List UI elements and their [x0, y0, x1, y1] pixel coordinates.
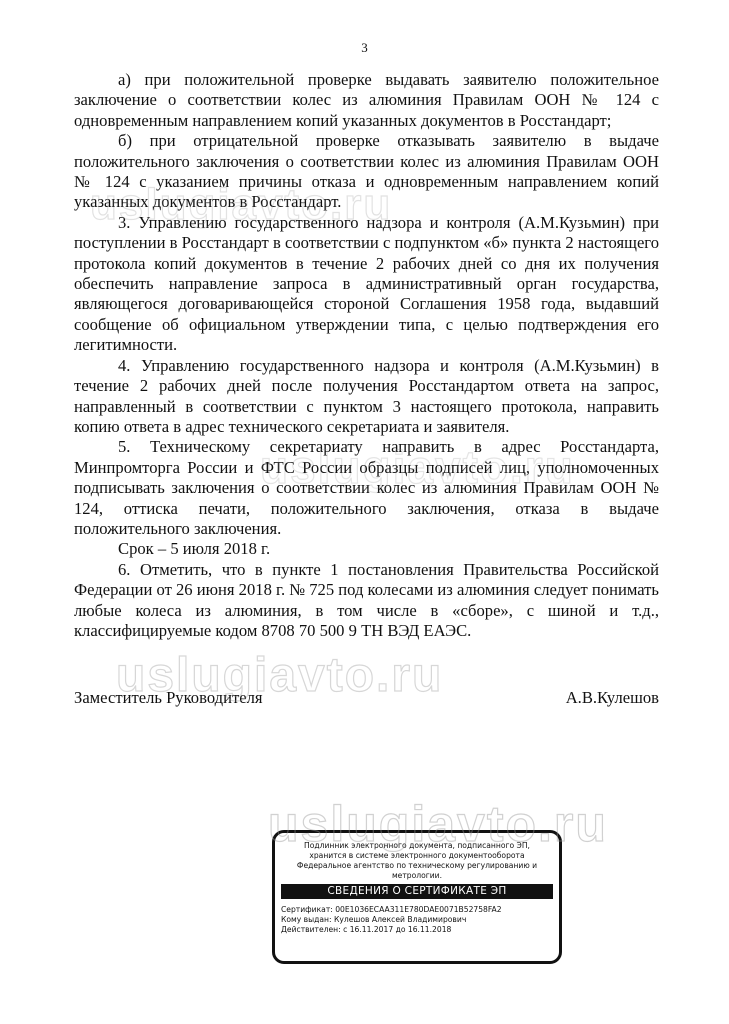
signatory-name: А.В.Кулешов — [566, 688, 659, 708]
paragraph-6: 6. Отметить, что в пункте 1 постановлени… — [74, 560, 659, 642]
signatory-position: Заместитель Руководителя — [74, 688, 263, 708]
certificate-validity: Действителен: с 16.11.2017 до 16.11.2018 — [281, 925, 553, 935]
certificate-owner: Кому выдан: Кулешов Алексей Владимирович — [281, 915, 553, 925]
deadline-line: Срок – 5 июля 2018 г. — [74, 539, 659, 559]
stamp-title: СВЕДЕНИЯ О СЕРТИФИКАТЕ ЭП — [281, 884, 553, 899]
electronic-signature-stamp: Подлинник электронного документа, подпис… — [272, 830, 562, 964]
paragraph-5: 5. Техническому секретариату направить в… — [74, 437, 659, 539]
page-number: 3 — [0, 40, 729, 56]
stamp-header: Подлинник электронного документа, подпис… — [275, 833, 559, 881]
paragraph-2b: б) при отрицательной проверке отказывать… — [74, 131, 659, 213]
paragraph-2a: а) при положительной проверке выдавать з… — [74, 70, 659, 131]
certificate-number: Сертификат: 00E1036ECAA311E780DAE0071B52… — [281, 905, 553, 915]
stamp-certificate-info: Сертификат: 00E1036ECAA311E780DAE0071B52… — [275, 899, 559, 935]
document-body: а) при положительной проверке выдавать з… — [74, 70, 659, 641]
paragraph-3: 3. Управлению государственного надзора и… — [74, 213, 659, 356]
paragraph-4: 4. Управлению государственного надзора и… — [74, 356, 659, 438]
